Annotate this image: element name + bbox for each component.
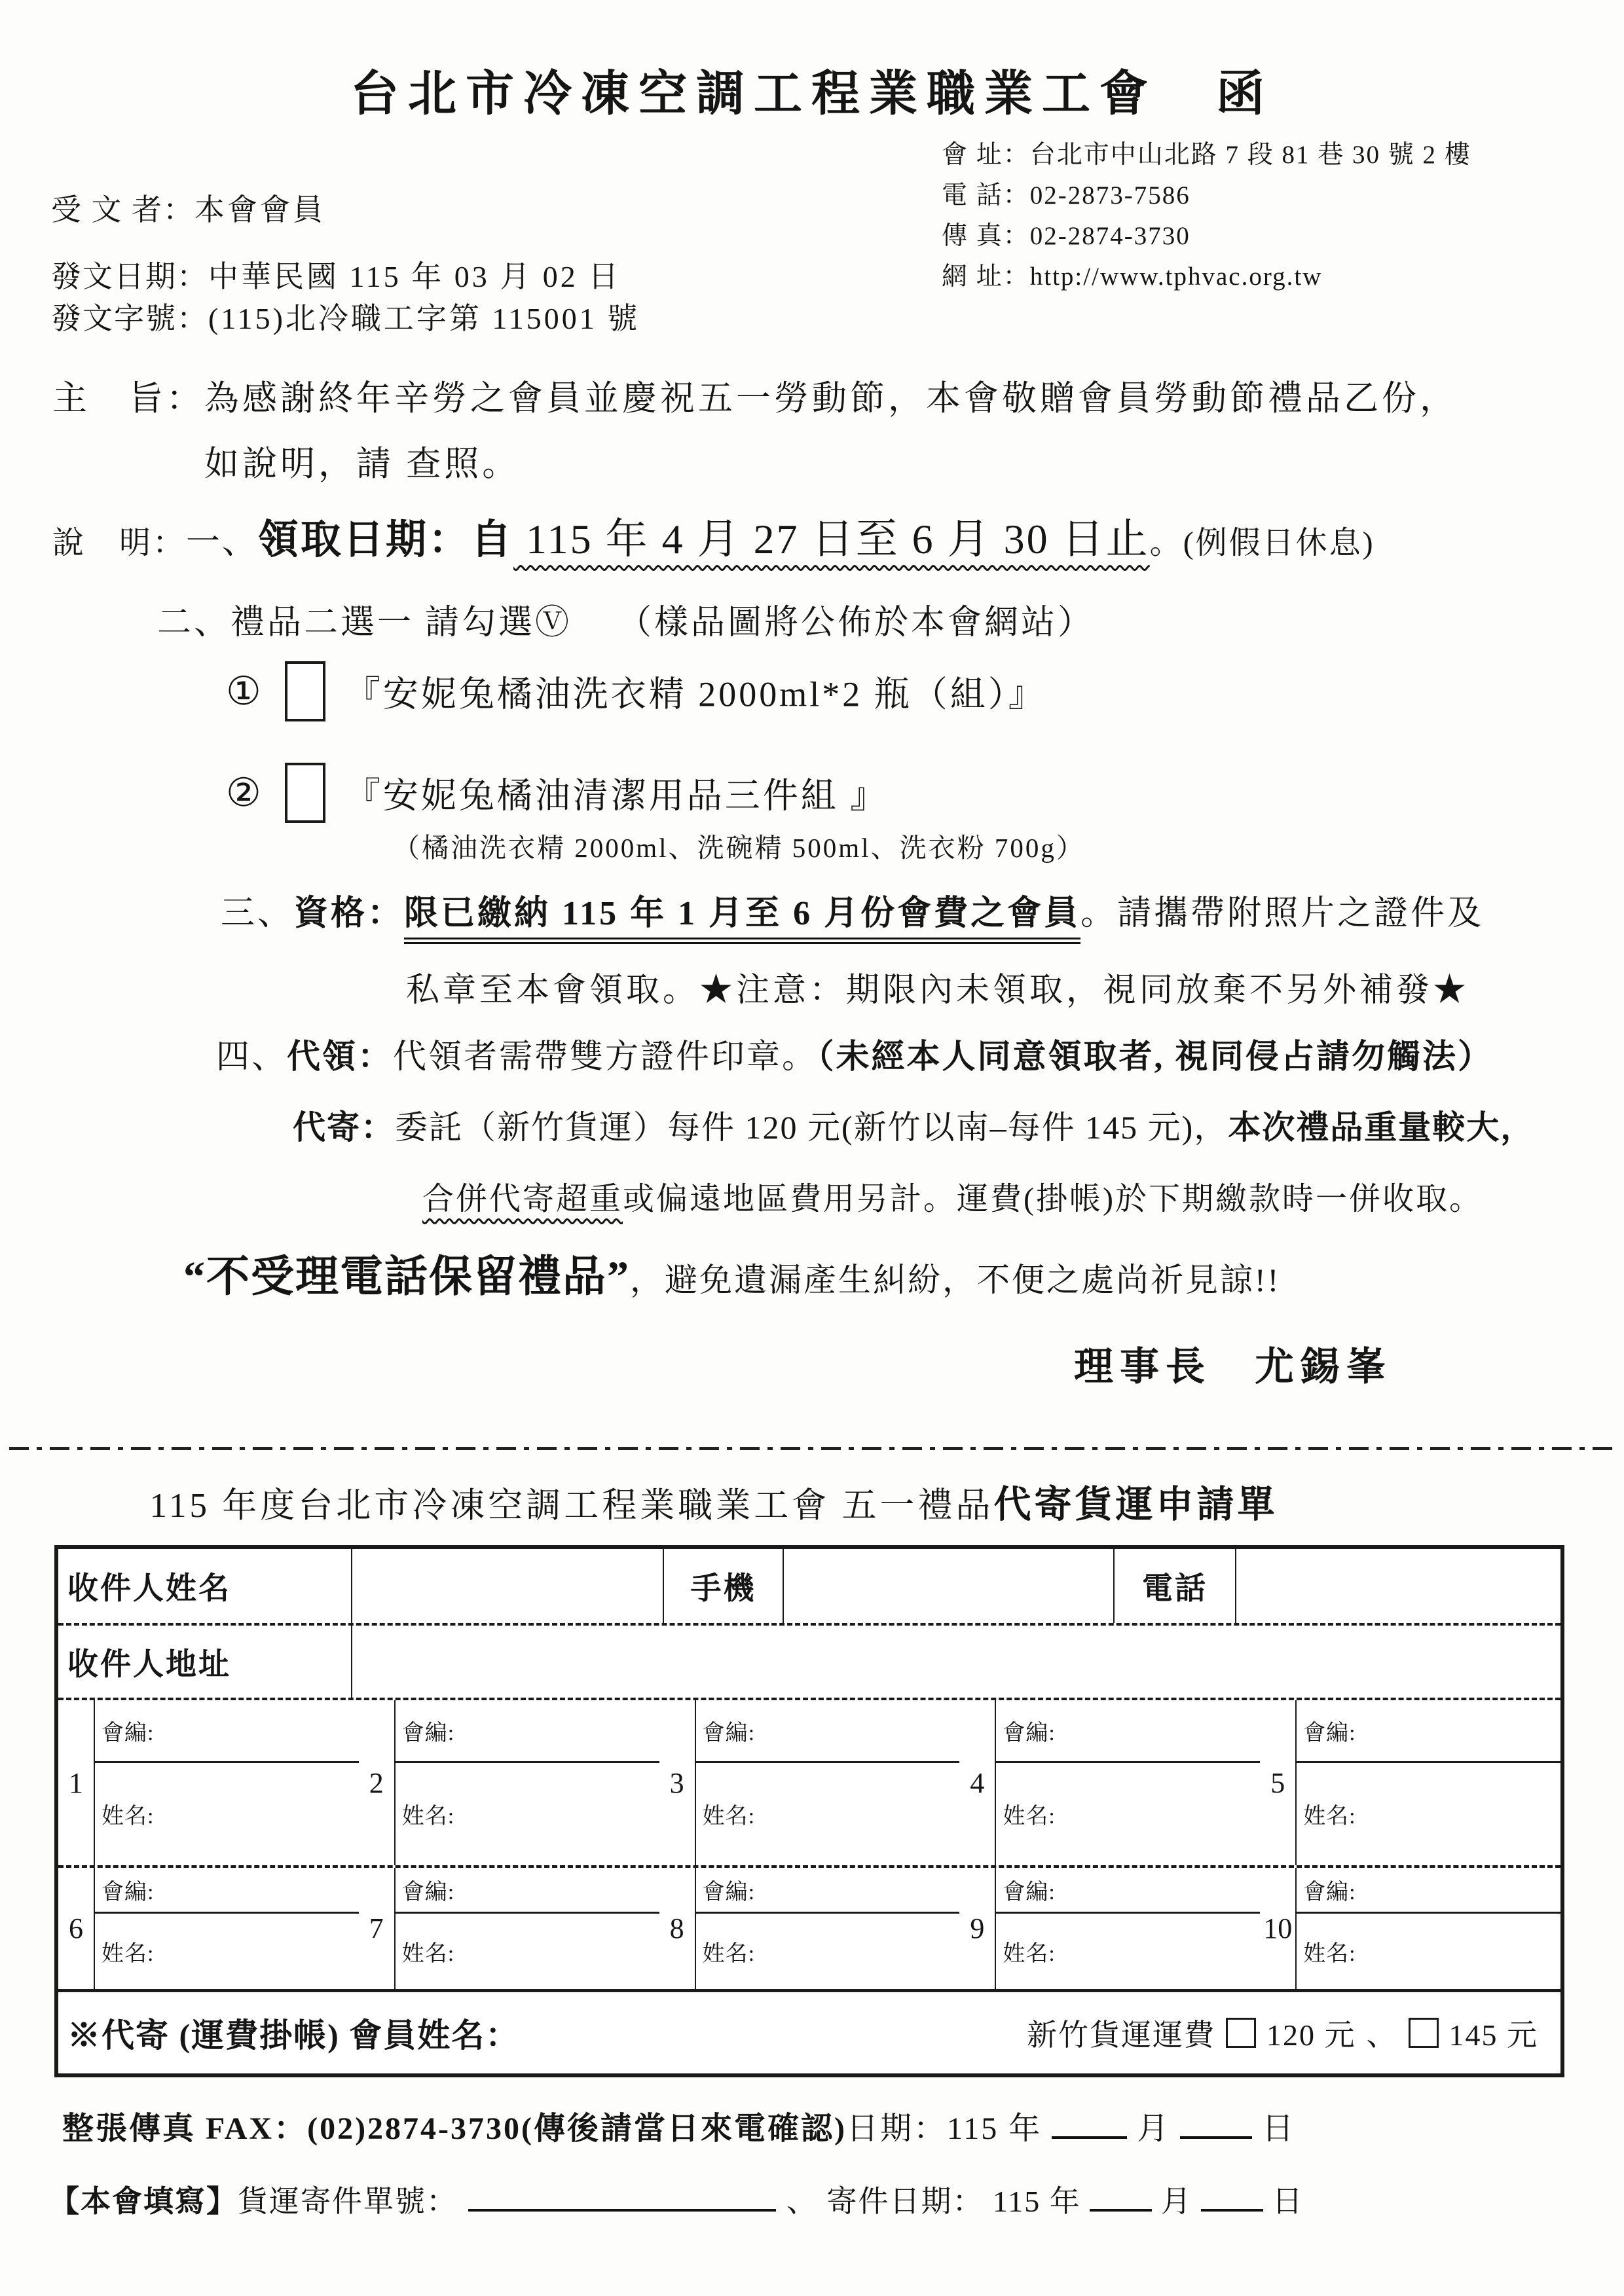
member-no-field[interactable]: 會編: [95, 1700, 359, 1763]
explain-line-1: 說 明：一、領取日期：自 115 年 4 月 27 日至 6 月 30 日止。(… [52, 505, 1375, 566]
gift1-number: ① [226, 670, 261, 713]
freight-label: 新竹貨運運費 [1027, 2011, 1215, 2054]
fax-date-label: 日期：115 年 [847, 2111, 1042, 2146]
phone-value: 02-2873-7586 [1030, 181, 1190, 210]
fax-month-label: 月 [1137, 2111, 1170, 2146]
member-cell-5: 5 會編: 姓名: [1260, 1700, 1560, 1865]
item1-note: (例假日休息) [1183, 526, 1375, 560]
cell-number: 10 [1260, 1868, 1295, 1989]
member-grid-row-1: 1 會編: 姓名: 2 會編: 姓名: 3 會編: 姓名: [58, 1700, 1560, 1868]
recipient-value: 本會會員 [194, 193, 325, 227]
item1-date: 115 年 4 月 27 日至 6 月 30 日止 [513, 516, 1150, 562]
tracking-label: 貨運寄件單號： [238, 2185, 458, 2218]
item1-period: 。 [1150, 526, 1183, 560]
member-name-field[interactable]: 姓名: [396, 1914, 659, 1989]
recipient-addr-label: 收件人地址 [58, 1626, 352, 1698]
form-title-normal: 115 年度台北市冷凍空調工程業職業工會 五一禮品 [149, 1487, 993, 1525]
gift2-number: ② [226, 771, 261, 814]
member-no-field[interactable]: 會編: [996, 1868, 1260, 1914]
doc-type: 函 [1216, 67, 1274, 121]
shipping-form-table: 收件人姓名 手機 電話 收件人地址 1 會編: 姓名: 2 會編: [54, 1545, 1564, 2077]
web-label: 網 址： [942, 263, 1030, 291]
member-name-field[interactable]: 姓名: [1297, 1763, 1560, 1865]
issue-date-value: 中華民國 115 年 03 月 02 日 [208, 260, 621, 293]
form-title: 115 年度台北市冷凍空調工程業職業工會 五一禮品代寄貨運申請單 [0, 1474, 1624, 1528]
item4-text: 代領者需帶雙方證件印章。 [393, 1039, 817, 1076]
notice-quoted: “不受理電話保留禮品” [183, 1253, 630, 1301]
item4-no: 四、 [216, 1039, 287, 1076]
recipient-name-label: 收件人姓名 [58, 1549, 352, 1623]
member-cell-9: 9 會編: 姓名: [959, 1868, 1260, 1989]
cell-number: 2 [359, 1700, 394, 1865]
signer-name: 尤錫峯 [1255, 1345, 1392, 1389]
gift2-label: 『安妮兔橘油清潔用品三件組 』 [345, 776, 889, 816]
contact-phone: 電 話：02-2873-7586 [942, 175, 1471, 216]
item1-no: 一、 [186, 524, 258, 561]
ship-month-label: 月 [1161, 2185, 1192, 2218]
office-use-line: 【本會填寫】貨運寄件單號：、 寄件日期： 115 年 月 日 [49, 2178, 1304, 2221]
subject-line-1: 主 旨：為感謝終年辛勞之會員並慶祝五一勞動節，本會敬贈會員勞動節禮品乙份， [52, 371, 1458, 420]
org-name: 台北市冷凍空調工程業職業工會 [350, 67, 1157, 121]
item5-bold: 本次禮品重量較大， [1228, 1109, 1534, 1146]
web-url: http://www.tphvac.org.tw [1030, 263, 1323, 291]
scanned-letter-page: 台北市冷凍空調工程業職業工會函 受 文 者：本會會員 發文日期：中華民國 115… [0, 0, 1624, 2296]
member-no-field[interactable]: 會編: [696, 1700, 960, 1763]
item4-label: 代領： [287, 1039, 393, 1076]
member-name-field[interactable]: 姓名: [1297, 1914, 1560, 1989]
gift-option-1: ①『安妮兔橘油洗衣精 2000ml*2 瓶（組）』 [226, 661, 1046, 721]
fax-month-blank[interactable] [1052, 2107, 1127, 2139]
item5-label: 代寄： [293, 1109, 395, 1146]
document-title: 台北市冷凍空調工程業職業工會函 [0, 55, 1624, 124]
freight-120-checkbox[interactable] [1226, 2018, 1256, 2048]
tracking-number-blank[interactable] [468, 2181, 776, 2212]
item3-no: 三、 [221, 895, 294, 932]
explain-line-2: 二、禮品二選一 請勾選Ⓥ（樣品圖將公佈於本會網站） [157, 594, 1094, 644]
recipient-name-input[interactable] [352, 1549, 664, 1623]
doc-no-label: 發文字號： [51, 302, 208, 335]
notice-rest: ，避免遺漏產生糾紛，不便之處尚祈見諒!! [630, 1262, 1280, 1298]
shipping-line-1: 代寄：委託（新竹貨運）每件 120 元(新竹以南–每件 145 元)，本次禮品重… [293, 1101, 1534, 1148]
issue-date-line: 發文日期：中華民國 115 年 03 月 02 日 [51, 253, 621, 296]
address-value: 台北市中山北路 7 段 81 巷 30 號 2 樓 [1030, 141, 1471, 169]
contact-address: 會 址：台北市中山北路 7 段 81 巷 30 號 2 樓 [942, 135, 1471, 175]
member-name-field[interactable]: 姓名: [696, 1763, 960, 1865]
subject-label: 主 旨： [52, 380, 204, 418]
item3-rest: 。請攜帶附照片之證件及 [1080, 895, 1484, 932]
mobile-input[interactable] [784, 1549, 1115, 1623]
gift1-checkbox[interactable] [285, 661, 325, 721]
fax-instruction-line: 整張傳真 FAX：(02)2874-3730(傳後請當日來電確認)日期：115 … [62, 2103, 1295, 2148]
signature-line: 理事長尤錫峯 [1074, 1336, 1392, 1392]
tel-label: 電話 [1115, 1549, 1236, 1623]
item3-label: 資格： [294, 895, 404, 932]
freight-opt2-label: 145 元 [1449, 2011, 1539, 2054]
ship-day-label: 日 [1272, 2185, 1304, 2218]
recipient-label: 受 文 者： [51, 193, 194, 227]
member-no-field[interactable]: 會編: [1297, 1700, 1560, 1763]
member-name-field[interactable]: 姓名: [696, 1914, 960, 1989]
doc-no-value: (115)北冷職工字第 115001 號 [208, 302, 640, 335]
cell-number: 5 [1260, 1700, 1295, 1865]
item5-rest: 或偏遠地區費用另計。運費(掛帳)於下期繳款時一併收取。 [623, 1182, 1483, 1216]
member-cell-10: 10 會編: 姓名: [1260, 1868, 1560, 1989]
member-no-field[interactable]: 會編: [1297, 1868, 1560, 1914]
phone-label: 電 話： [942, 181, 1030, 210]
member-cell-7: 7 會編: 姓名: [359, 1868, 659, 1989]
consign-member-name-label: ※代寄 (運費掛帳) 會員姓名： [67, 2009, 519, 2056]
recipient-line: 受 文 者：本會會員 [51, 186, 325, 229]
item4-warning: （未經本人同意領取者, 視同侵占請勿觸法） [817, 1039, 1493, 1076]
address-label: 會 址： [942, 141, 1030, 169]
ship-day-blank[interactable] [1201, 2181, 1263, 2212]
fax-day-label: 日 [1262, 2111, 1295, 2146]
tel-input[interactable] [1236, 1549, 1560, 1623]
explain-label: 說 明： [52, 526, 186, 560]
member-name-field[interactable]: 姓名: [95, 1763, 359, 1865]
freight-opt1-label: 120 元 [1266, 2011, 1356, 2054]
freight-separator: 、 [1367, 2011, 1398, 2054]
fax-value: 02-2874-3730 [1030, 222, 1190, 250]
fax-prefix: 整張傳真 FAX：(02)2874-3730 [62, 2111, 521, 2146]
item5-text: 委託（新竹貨運）每件 120 元(新竹以南–每件 145 元)， [395, 1109, 1228, 1146]
subject-text: 為感謝終年辛勞之會員並慶祝五一勞動節，本會敬贈會員勞動節禮品乙份， [204, 380, 1458, 418]
member-cell-6: 6 會編: 姓名: [58, 1868, 359, 1989]
fax-label: 傳 真： [942, 222, 1030, 250]
cell-number: 7 [359, 1868, 394, 1989]
contact-fax: 傳 真：02-2874-3730 [942, 216, 1471, 257]
issue-date-label: 發文日期： [51, 260, 208, 293]
freight-145-checkbox[interactable] [1409, 2018, 1439, 2048]
member-name-field[interactable]: 姓名: [996, 1763, 1260, 1865]
member-no-field[interactable]: 會編: [396, 1700, 659, 1763]
gift2-checkbox[interactable] [285, 763, 325, 823]
member-name-field[interactable]: 姓名: [396, 1763, 659, 1865]
fax-confirm: (傳後請當日來電確認) [521, 2111, 847, 2146]
signer-title: 理事長 [1074, 1345, 1211, 1389]
gift1-label: 『安妮兔橘油洗衣精 2000ml*2 瓶（組）』 [345, 675, 1046, 714]
office-label: 【本會填寫】 [49, 2185, 238, 2218]
item1-title: 領取日期：自 [258, 518, 513, 562]
form-row-consign: ※代寄 (運費掛帳) 會員姓名： 新竹貨運運費 120 元 、 145 元 [58, 1992, 1560, 2073]
member-cell-3: 3 會編: 姓名: [659, 1700, 960, 1865]
item5-wavy: 合併代寄超重 [422, 1182, 623, 1216]
member-no-field[interactable]: 會編: [95, 1868, 359, 1914]
member-cell-4: 4 會編: 姓名: [959, 1700, 1260, 1865]
gift-option-2: ②『安妮兔橘油清潔用品三件組 』 [226, 763, 888, 823]
contact-block: 會 址：台北市中山北路 7 段 81 巷 30 號 2 樓 電 話：02-287… [942, 135, 1471, 297]
recipient-addr-input[interactable] [352, 1626, 1560, 1698]
member-no-field[interactable]: 會編: [696, 1868, 960, 1914]
doc-no-line: 發文字號：(115)北冷職工字第 115001 號 [51, 295, 640, 338]
contact-web: 網 址：http://www.tphvac.org.tw [942, 257, 1471, 297]
qualification-line-2: 私章至本會領取。★注意：期限內未領取，視同放棄不另外補發★ [406, 962, 1469, 1011]
freight-fee-group: 新竹貨運運費 120 元 、 145 元 [1027, 2011, 1538, 2054]
cell-number: 8 [659, 1868, 695, 1989]
member-name-field[interactable]: 姓名: [95, 1914, 359, 1989]
cell-number: 9 [959, 1868, 995, 1989]
shipping-line-2: 合併代寄超重或偏遠地區費用另計。運費(掛帳)於下期繳款時一併收取。 [422, 1173, 1483, 1218]
member-no-field[interactable]: 會編: [396, 1868, 659, 1914]
notice-line: “不受理電話保留禮品”，避免遺漏產生糾紛，不便之處尚祈見諒!! [183, 1241, 1280, 1303]
fax-day-blank[interactable] [1180, 2107, 1252, 2139]
mobile-label: 手機 [664, 1549, 784, 1623]
item3-underlined: 限已繳納 115 年 1 月至 6 月份會費之會員 [404, 895, 1080, 944]
member-name-field[interactable]: 姓名: [996, 1914, 1260, 1989]
member-no-field[interactable]: 會編: [996, 1700, 1260, 1763]
subject-line-2: 如說明，請 查照。 [204, 436, 520, 486]
form-row-recipient: 收件人姓名 手機 電話 [58, 1549, 1560, 1626]
ship-date-label: 、 寄件日期： 115 年 [786, 2185, 1081, 2218]
member-cell-2: 2 會編: 姓名: [359, 1700, 659, 1865]
member-cell-1: 1 會編: 姓名: [58, 1700, 359, 1865]
agent-line: 四、代領：代領者需帶雙方證件印章。（未經本人同意領取者, 視同侵占請勿觸法） [216, 1029, 1493, 1078]
cut-line-divider [9, 1447, 1615, 1450]
member-grid-row-2: 6 會編: 姓名: 7 會編: 姓名: 8 會編: 姓名: [58, 1868, 1560, 1992]
form-row-address: 收件人地址 [58, 1626, 1560, 1700]
ship-month-blank[interactable] [1090, 2181, 1152, 2212]
form-title-bold: 代寄貨運申請單 [994, 1484, 1278, 1525]
cell-number: 4 [959, 1700, 995, 1865]
cell-number: 1 [58, 1700, 94, 1865]
item2-note: （樣品圖將公佈於本會網站） [618, 604, 1094, 642]
cell-number: 3 [659, 1700, 695, 1865]
member-cell-8: 8 會編: 姓名: [659, 1868, 960, 1989]
cell-number: 6 [58, 1868, 94, 1989]
qualification-line-1: 三、資格：限已繳納 115 年 1 月至 6 月份會費之會員。請攜帶附照片之證件… [221, 885, 1484, 934]
gift2-detail: （橘油洗衣精 2000ml、洗碗精 500ml、洗衣粉 700g） [393, 826, 1085, 865]
item2-text: 二、禮品二選一 請勾選Ⓥ [157, 604, 572, 642]
